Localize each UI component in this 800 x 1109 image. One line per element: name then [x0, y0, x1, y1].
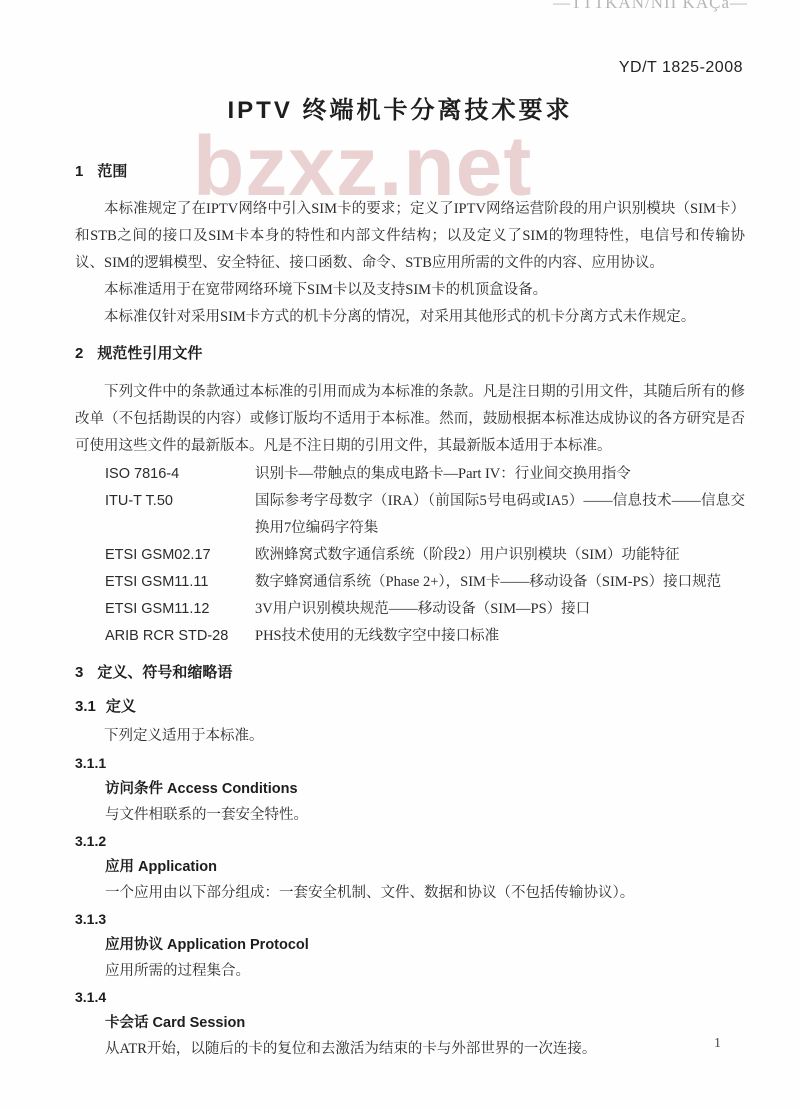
reference-id: ETSI GSM11.11	[105, 569, 255, 596]
definition-term: 访问条件 Access Conditions	[105, 776, 745, 802]
reference-item: ETSI GSM11.11 数字蜂窝通信系统（Phase 2+），SIM卡——移…	[105, 569, 745, 596]
definition-desc: 一个应用由以下部分组成：一套安全机制、文件、数据和协议（不包括传输协议）。	[105, 880, 745, 906]
references-list: ISO 7816-4 识别卡—带触点的集成电路卡—Part IV：行业间交换用指…	[75, 461, 745, 650]
subsection-heading-definitions: 3.1定义	[75, 697, 745, 717]
reference-id: ARIB RCR STD-28	[105, 623, 255, 650]
reference-item: ETSI GSM11.12 3V用户识别模块规范——移动设备（SIM—PS）接口	[105, 596, 745, 623]
subsection-number: 3.1	[75, 697, 96, 717]
definition-number: 3.1.4	[75, 984, 745, 1010]
reference-item: ARIB RCR STD-28 PHS技术使用的无线数字空中接口标准	[105, 623, 745, 650]
section-number: 2	[75, 344, 83, 364]
definition-desc: 与文件相联系的一套安全特性。	[105, 802, 745, 828]
definitions-intro: 下列定义适用于本标准。	[75, 723, 745, 750]
definition-number: 3.1.3	[75, 906, 745, 932]
reference-desc: 国际参考字母数字（IRA）（前国际5号电码或IA5）——信息技术——信息交换用7…	[255, 488, 745, 542]
standard-number: YD/T 1825-2008	[619, 59, 743, 77]
document-body: 1范围 本标准规定了在IPTV网络中引入SIM卡的要求；定义了IPTV网络运营阶…	[75, 158, 745, 1062]
definition-term: 应用 Application	[105, 854, 745, 880]
definition-number: 3.1.2	[75, 828, 745, 854]
definition-term: 应用协议 Application Protocol	[105, 932, 745, 958]
reference-item: ITU-T T.50 国际参考字母数字（IRA）（前国际5号电码或IA5）——信…	[105, 488, 745, 542]
reference-desc: 识别卡—带触点的集成电路卡—Part IV：行业间交换用指令	[255, 461, 745, 488]
scope-paragraph: 本标准适用于在宽带网络环境下SIM卡以及支持SIM卡的机顶盒设备。	[75, 277, 745, 304]
subsection-title: 定义	[106, 698, 136, 715]
definition-term: 卡会话 Card Session	[105, 1010, 745, 1036]
reference-item: ETSI GSM02.17 欧洲蜂窝式数字通信系统（阶段2）用户识别模块（SIM…	[105, 542, 745, 569]
section-title: 范围	[97, 163, 127, 180]
section-number: 1	[75, 162, 83, 182]
reference-item: ISO 7816-4 识别卡—带触点的集成电路卡—Part IV：行业间交换用指…	[105, 461, 745, 488]
scope-paragraph: 本标准仅针对采用SIM卡方式的机卡分离的情况，对采用其他形式的机卡分离方式未作规…	[75, 304, 745, 331]
references-intro: 下列文件中的条款通过本标准的引用而成为本标准的条款。凡是注日期的引用文件，其随后…	[75, 379, 745, 460]
reference-desc: 3V用户识别模块规范——移动设备（SIM—PS）接口	[255, 596, 745, 623]
reference-id: ETSI GSM02.17	[105, 542, 255, 569]
definition-item: 3.1.1 访问条件 Access Conditions 与文件相联系的一套安全…	[75, 750, 745, 828]
document-title: IPTV 终端机卡分离技术要求	[0, 90, 800, 125]
section-heading-references: 2规范性引用文件	[75, 344, 745, 364]
section-heading-definitions: 3定义、符号和缩略语	[75, 663, 745, 683]
definition-item: 3.1.3 应用协议 Application Protocol 应用所需的过程集…	[75, 906, 745, 984]
definition-number: 3.1.1	[75, 750, 745, 776]
reference-id: ETSI GSM11.12	[105, 596, 255, 623]
reference-desc: PHS技术使用的无线数字空中接口标准	[255, 623, 745, 650]
reference-desc: 数字蜂窝通信系统（Phase 2+），SIM卡——移动设备（SIM-PS）接口规…	[255, 569, 745, 596]
section-heading-scope: 1范围	[75, 162, 745, 182]
reference-id: ITU-T T.50	[105, 488, 255, 542]
section-title: 规范性引用文件	[97, 345, 202, 362]
document-page: —TTTKAN/NII KAÇa— YD/T 1825-2008 IPTV 终端…	[0, 0, 800, 1109]
definition-item: 3.1.2 应用 Application 一个应用由以下部分组成：一套安全机制、…	[75, 828, 745, 906]
top-corner-watermark: —TTTKAN/NII KAÇa—	[553, 0, 748, 13]
section-title: 定义、符号和缩略语	[97, 664, 232, 681]
scope-paragraph: 本标准规定了在IPTV网络中引入SIM卡的要求；定义了IPTV网络运营阶段的用户…	[75, 196, 745, 277]
definition-item: 3.1.4 卡会话 Card Session 从ATR开始，以随后的卡的复位和去…	[75, 984, 745, 1062]
definition-desc: 从ATR开始，以随后的卡的复位和去激活为结束的卡与外部世界的一次连接。	[105, 1036, 745, 1062]
reference-id: ISO 7816-4	[105, 461, 255, 488]
reference-desc: 欧洲蜂窝式数字通信系统（阶段2）用户识别模块（SIM）功能特征	[255, 542, 745, 569]
definition-desc: 应用所需的过程集合。	[105, 958, 745, 984]
section-number: 3	[75, 663, 83, 683]
